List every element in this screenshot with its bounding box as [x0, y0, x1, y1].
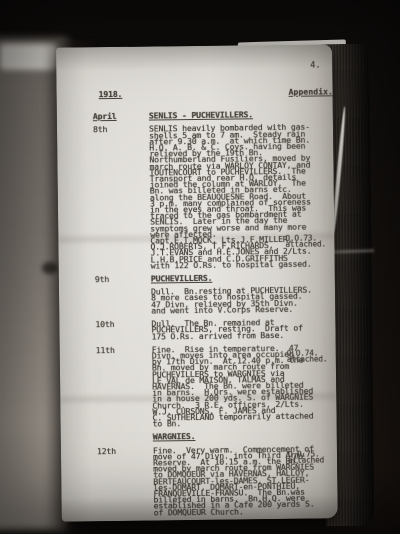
diary-page: 4. Appendix. 1918. AprilSENLIS - PUCHEVI… — [56, 44, 338, 521]
page-number: 4. — [310, 60, 320, 70]
entry-body: Dull. The Bn. remained atPUCHEVILLERS, r… — [151, 318, 327, 339]
entry-date: 10th — [87, 321, 151, 340]
entry-row: 10thDull. The Bn. remained atPUCHEVILLER… — [87, 318, 327, 340]
entry-date: 9th — [87, 276, 151, 315]
entry-date — [89, 434, 153, 441]
entry-row: 9thPUCHEVILLERS.Dull. Bn.resting at PUCH… — [87, 273, 327, 314]
entry-row: WARGNIES. — [89, 432, 329, 441]
entry-body: PUCHEVILLERS.Dull. Bn.resting at PUCHEVI… — [151, 273, 327, 313]
entry-line: with 122 O.Rs. to hospital gassed. — [151, 260, 327, 268]
binding-mark — [42, 262, 58, 274]
entry-date: 11th — [88, 346, 153, 427]
entry-heading: PUCHEVILLERS. — [151, 273, 327, 281]
entry-heading: WARGNIES. — [153, 432, 329, 440]
entry-heading: SENLIS - PUCHEVILLERS. — [149, 111, 325, 119]
entry-row: AprilSENLIS - PUCHEVILLERS. — [85, 111, 325, 120]
entry-date: 12th — [89, 447, 154, 516]
margin-note-line: attached. — [287, 356, 349, 363]
year-label: 1918. — [99, 91, 123, 97]
entry-body: SENLIS - PUCHEVILLERS. — [149, 111, 325, 119]
diary-entries: AprilSENLIS - PUCHEVILLERS.8thSENLIS hea… — [85, 111, 330, 516]
entry-date: 8th — [85, 126, 151, 269]
margin-note-line: attached. — [285, 242, 347, 249]
entry-body: WARGNIES. — [153, 432, 329, 440]
war-diary-photo: 4. Appendix. 1918. AprilSENLIS - PUCHEVI… — [0, 0, 400, 534]
typewritten-content: 4. Appendix. 1918. AprilSENLIS - PUCHEVI… — [56, 44, 338, 521]
diary-body: 1918. AprilSENLIS - PUCHEVILLERS.8thSENL… — [85, 88, 330, 516]
entry-date: April — [85, 113, 149, 120]
margin-note-line: attached — [288, 457, 350, 464]
margin-note: O.O.75.attached — [288, 451, 350, 465]
margin-note: O.O.74.attached. — [287, 350, 349, 364]
entry-row: 11thFine. Rise in temperature. 47Divn. m… — [88, 344, 329, 428]
margin-note: O.O.73.attached. — [285, 235, 347, 249]
entry-line: and went into V.Corps Reserve. — [151, 305, 327, 313]
entry-row: 12thFine. Very warm. Commencement ofmove… — [89, 445, 330, 516]
entry-row: 8thSENLIS heavily bombarded with gas-she… — [85, 124, 327, 270]
